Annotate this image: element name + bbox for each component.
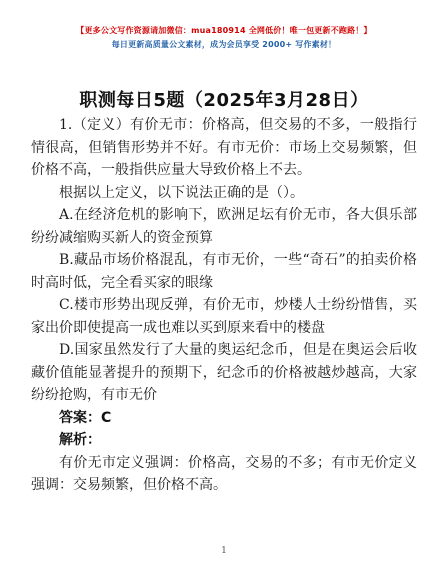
option-d: D.国家虽然发行了大量的奥运纪念币，但是在奥运会后收藏价值能显著提升的预期下，纪…: [31, 339, 417, 407]
analysis-body: 有价无市定义强调：价格高，交易的不多；有市无价定义强调：交易频繁，但价格不高。: [31, 452, 417, 497]
page-title: 职测每日5题（2025年3月28日）: [0, 86, 448, 112]
header-notice-line1: 【更多公文写作资源请加微信：mua180914 全网低价！唯一包更新不跑路！】: [0, 25, 448, 37]
answer-label: 答案：: [59, 410, 101, 426]
document-page: 【更多公文写作资源请加微信：mua180914 全网低价！唯一包更新不跑路！】 …: [0, 0, 448, 580]
question-definition: 1.（定义）有价无市：价格高，但交易的不多，一般指行情很高，但销售形势并不好。有…: [31, 114, 417, 182]
answer-value: C: [101, 410, 111, 426]
option-c: C.楼市形势出现反弹，有价无市，炒楼人士纷纷惜售，买家出价即使提高一成也难以买到…: [31, 294, 417, 339]
header-notice: 【更多公文写作资源请加微信：mua180914 全网低价！唯一包更新不跑路！】 …: [0, 25, 448, 51]
page-number: 1: [0, 546, 448, 556]
answer-line: 答案：C: [31, 407, 417, 430]
header-notice-line2: 每日更新高质量公文素材，成为会员享受 2000+ 写作素材！: [0, 39, 448, 51]
analysis-heading: 解析：: [31, 429, 417, 452]
option-b: B.藏品市场价格混乱，有市无价，一些“奇石”的拍卖价格时高时低，完全看买家的眼缘: [31, 249, 417, 294]
question-body: 1.（定义）有价无市：价格高，但交易的不多，一般指行情很高，但销售形势并不好。有…: [31, 114, 417, 497]
question-prompt: 根据以上定义，以下说法正确的是（）。: [31, 182, 417, 205]
option-a: A.在经济危机的影响下，欧洲足坛有价无市，各大俱乐部纷纷减缩购买新人的资金预算: [31, 204, 417, 249]
